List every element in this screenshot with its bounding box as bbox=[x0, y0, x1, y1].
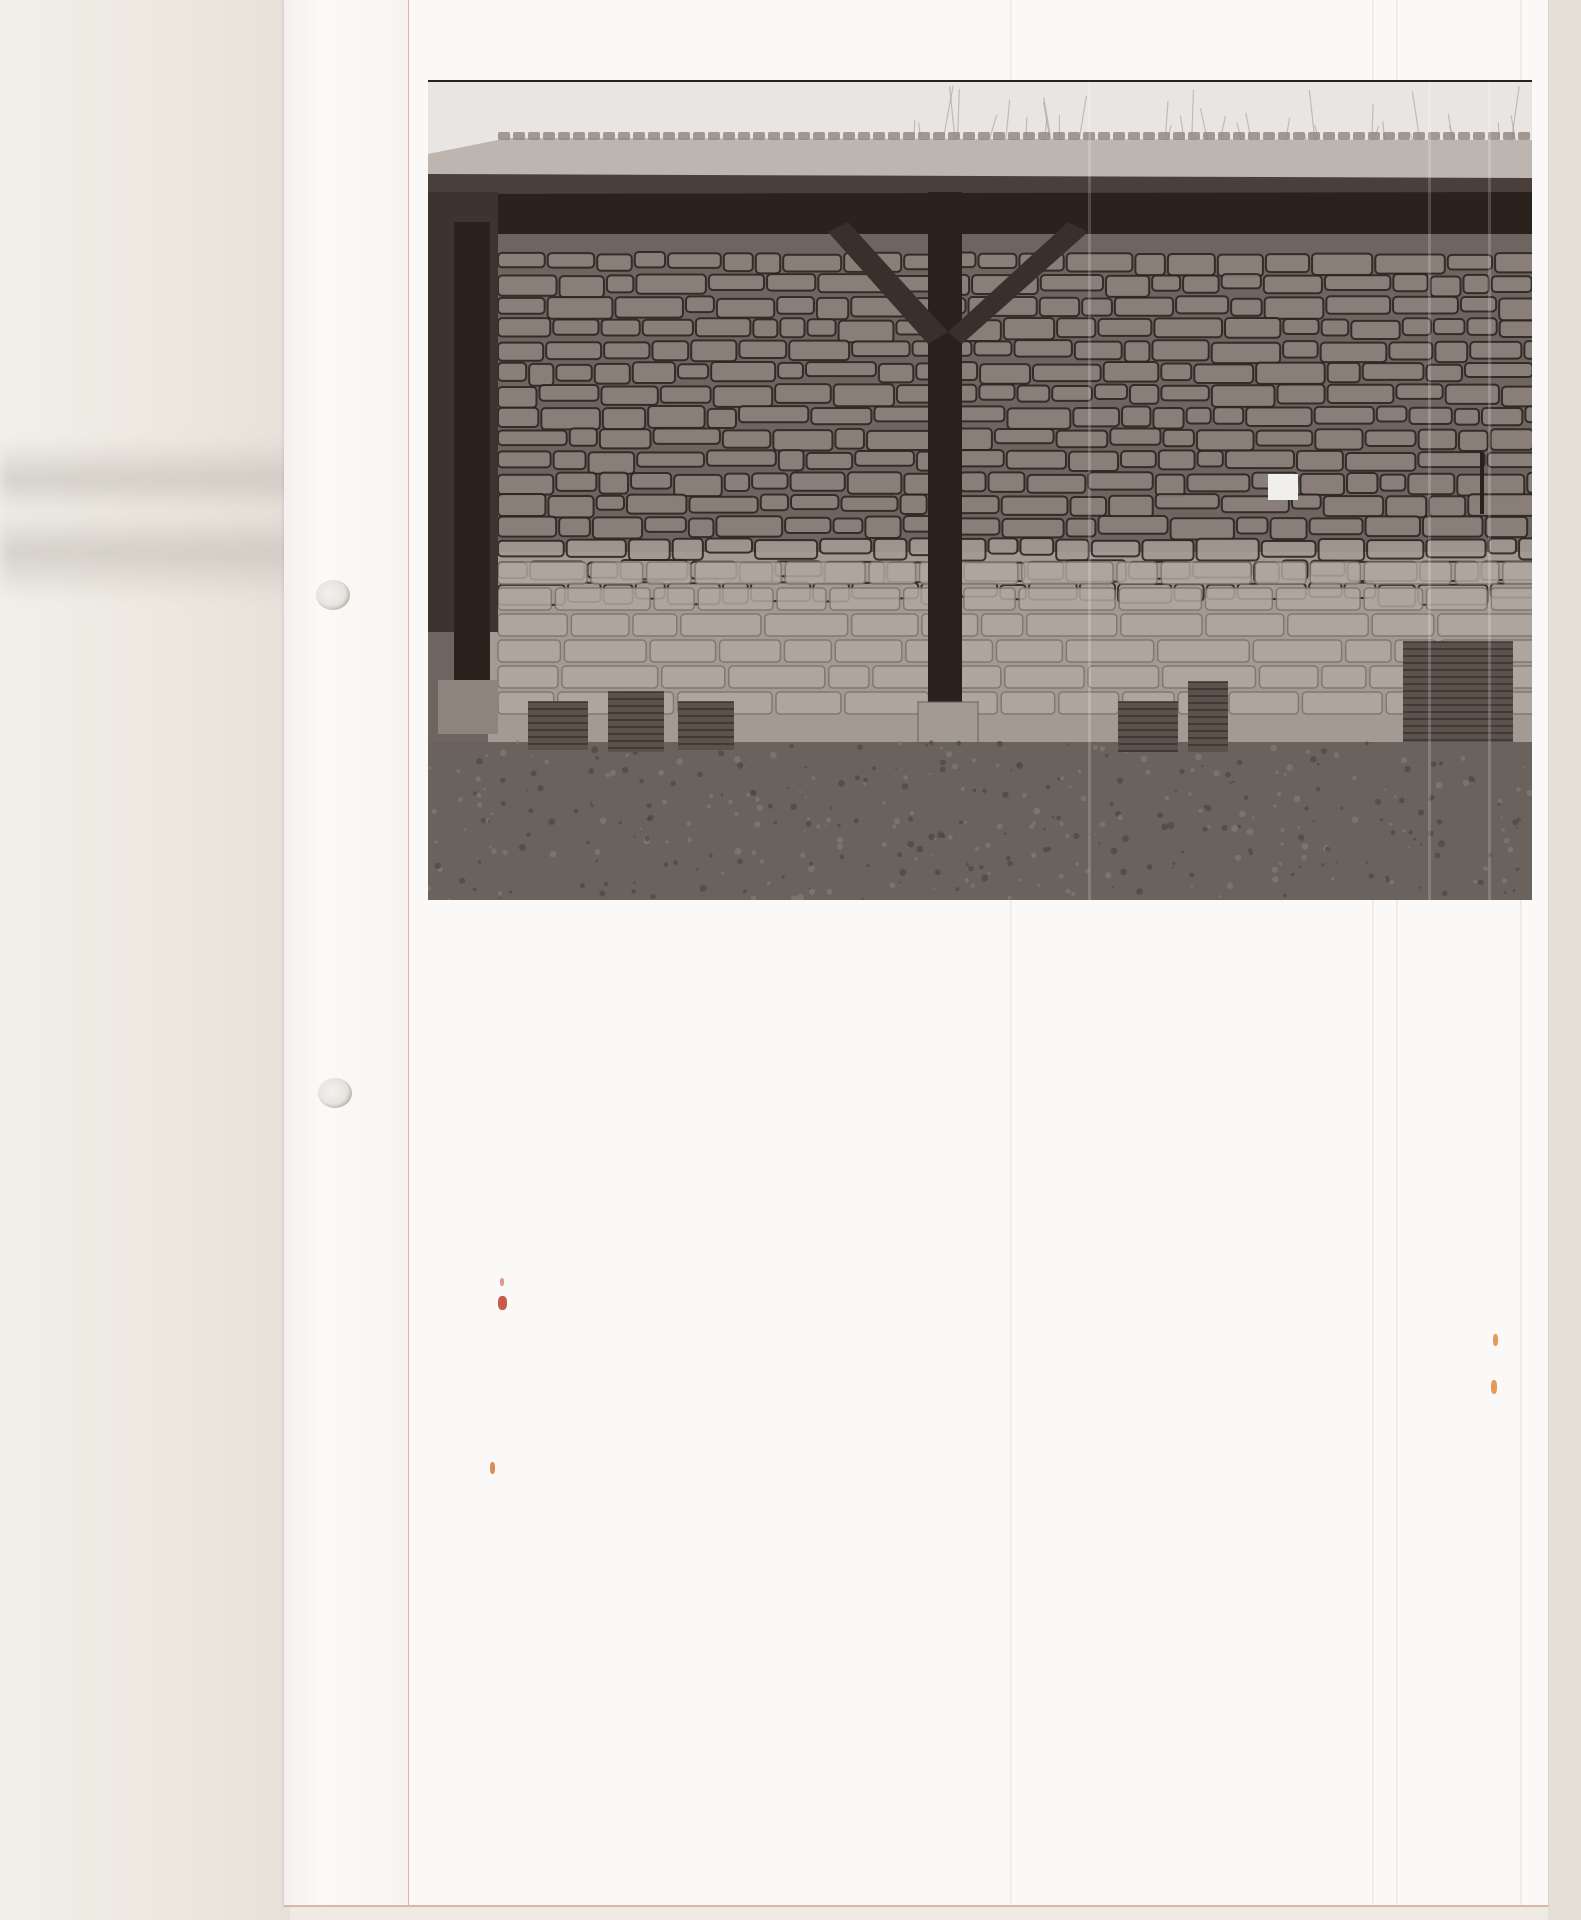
mounted-photograph bbox=[428, 80, 1532, 900]
rust-stain bbox=[1493, 1334, 1498, 1346]
margin-line bbox=[408, 0, 409, 1905]
rust-stain bbox=[498, 1296, 507, 1310]
scanner-background-right bbox=[1548, 0, 1581, 1920]
scanner-background-left bbox=[0, 0, 290, 1920]
rust-stain bbox=[1491, 1380, 1497, 1394]
rust-stain bbox=[500, 1278, 504, 1286]
rust-stain bbox=[490, 1462, 495, 1474]
punch-hole bbox=[318, 1078, 352, 1108]
scanner-smudge bbox=[0, 440, 290, 600]
stone-wall-photo bbox=[428, 82, 1532, 900]
punch-hole bbox=[316, 580, 350, 610]
binding-strip bbox=[284, 0, 409, 1905]
